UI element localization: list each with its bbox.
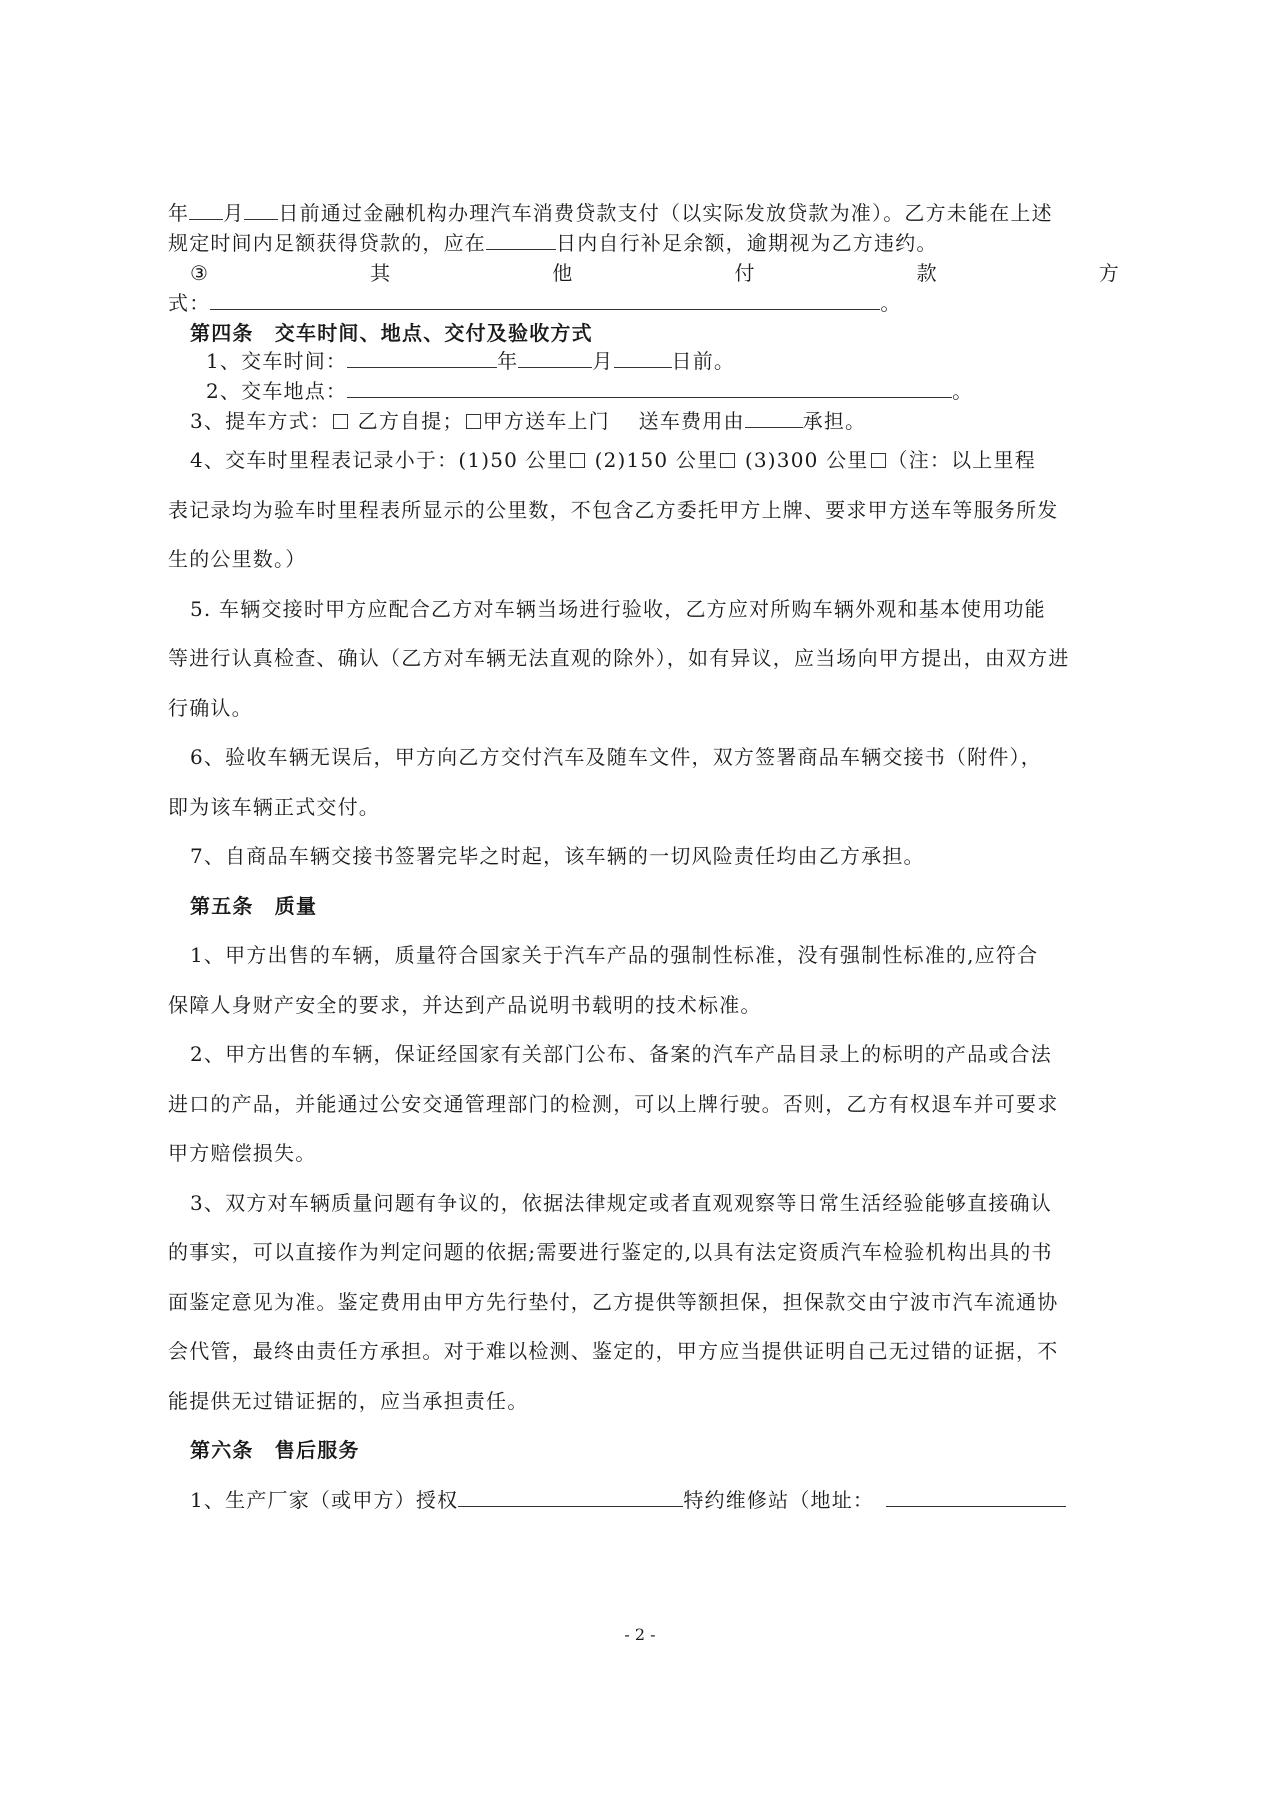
paragraph-line: 甲方赔偿损失。 <box>168 1140 1120 1166</box>
paragraph-line: 能提供无过错证据的，应当承担责任。 <box>168 1388 1120 1414</box>
paragraph-line: 进口的产品，并能通过公安交通管理部门的检测，可以上牌行驶。否则，乙方有权退车并可… <box>168 1091 1120 1117</box>
paragraph-line: 会代管，最终由责任方承担。对于难以检测、鉴定的，甲方应当提供证明自己无过错的证据… <box>168 1338 1120 1364</box>
paragraph-line: 4、交车时里程表记录小于：(1)50 公里 (2)150 公里 (3)300 公… <box>190 447 1142 473</box>
paragraph-line: 3、提车方式： 乙方自提；甲方送车上门 送车费用由承担。 <box>190 408 1142 434</box>
paragraph-line: 6、验收车辆无误后，甲方向乙方交付汽车及随车文件，双方签署商品车辆交接书（附件）… <box>190 744 1142 770</box>
text: 日前通过金融机构办理汽车消费贷款支付（以实际发放贷款为准）。乙方未能在上述 <box>278 201 1052 225</box>
fill-blank[interactable] <box>244 201 278 220</box>
paragraph-line: 年月日前通过金融机构办理汽车消费贷款支付（以实际发放贷款为准）。乙方未能在上述 <box>168 200 1120 226</box>
text: 他 <box>552 260 573 286</box>
text: 甲方送车上门 送车费用由 <box>483 409 745 433</box>
text: 特约维修站（地址： <box>683 1488 874 1512</box>
paragraph-line: 1、生产厂家（或甲方）授权特约维修站（地址： <box>190 1487 1142 1513</box>
document-page: 年月日前通过金融机构办理汽车消费贷款支付（以实际发放贷款为准）。乙方未能在上述 … <box>0 0 1280 1811</box>
text: (2)150 公里 <box>587 448 718 472</box>
text: 式： <box>168 291 210 315</box>
paragraph-line: 1、交车时间：年月日前。 <box>206 348 1158 374</box>
text: 月 <box>223 201 244 225</box>
text: 1、交车时间： <box>206 349 347 373</box>
text: 年 <box>168 201 189 225</box>
paragraph-line: 保障人身财产安全的要求，并达到产品说明书载明的技术标准。 <box>168 992 1120 1018</box>
text: 日前。 <box>672 349 736 373</box>
fill-blank[interactable] <box>614 349 672 368</box>
text: 付 <box>734 260 755 286</box>
text: 。 <box>880 291 901 315</box>
paragraph-line: 行确认。 <box>168 695 1120 721</box>
paragraph-line: 等进行认真检查、确认（乙方对车辆无法直观的除外），如有异议，应当场向甲方提出，由… <box>168 645 1120 671</box>
text: 。 <box>952 379 973 403</box>
fill-blank[interactable] <box>886 1488 1066 1507</box>
paragraph-line: 1、甲方出售的车辆，质量符合国家关于汽车产品的强制性标准，没有强制性标准的,应符… <box>190 942 1142 968</box>
text: 日内自行补足余额，逾期视为乙方违约。 <box>556 231 938 255</box>
article-6-heading: 第六条 售后服务 <box>190 1437 1142 1463</box>
text: 4、交车时里程表记录小于：(1)50 公里 <box>190 448 568 472</box>
paragraph-line: 7、自商品车辆交接书签署完毕之时起，该车辆的一切风险责任均由乙方承担。 <box>190 843 1142 869</box>
fill-blank[interactable] <box>486 231 556 250</box>
paragraph-line: 面鉴定意见为准。鉴定费用由甲方先行垫付，乙方提供等额担保，担保款交由宁波市汽车流… <box>168 1289 1120 1315</box>
article-4-heading: 第四条 交车时间、地点、交付及验收方式 <box>190 320 1094 346</box>
fill-blank[interactable] <box>458 1488 683 1507</box>
page-number: - 2 - <box>0 1625 1280 1644</box>
checkbox-self-pickup[interactable] <box>333 414 348 429</box>
text: 月 <box>592 349 613 373</box>
text: (3)300 公里 <box>737 448 868 472</box>
checkbox-delivery[interactable] <box>466 414 481 429</box>
text: 承担。 <box>803 409 867 433</box>
text: 方 <box>1099 260 1120 286</box>
text: 款 <box>917 260 938 286</box>
fill-blank[interactable] <box>347 349 415 368</box>
paragraph-line: 的事实，可以直接作为判定问题的依据;需要进行鉴定的,以具有法定资质汽车检验机构出… <box>168 1239 1120 1265</box>
paragraph-line: 式：。 <box>168 290 1120 316</box>
paragraph-line: 生的公里数。） <box>168 546 1120 572</box>
text: 其 <box>370 260 391 286</box>
text: 规定时间内足额获得贷款的，应在 <box>168 231 486 255</box>
paragraph-line: 2、交车地点：。 <box>206 378 1158 404</box>
fill-blank[interactable] <box>210 291 880 310</box>
fill-blank[interactable] <box>415 349 497 368</box>
text: 1、生产厂家（或甲方）授权 <box>190 1488 458 1512</box>
paragraph-line: 5. 车辆交接时甲方应配合乙方对车辆当场进行验收，乙方应对所购车辆外观和基本使用… <box>190 596 1142 622</box>
paragraph-line: 2、甲方出售的车辆，保证经国家有关部门公布、备案的汽车产品目录上的标明的产品或合… <box>190 1041 1142 1067</box>
fill-blank[interactable] <box>347 379 952 398</box>
paragraph-line: 表记录均为验车时里程表所显示的公里数，不包含乙方委托甲方上牌、要求甲方送车等服务… <box>168 497 1120 523</box>
fill-blank[interactable] <box>745 409 803 428</box>
paragraph-line: 即为该车辆正式交付。 <box>168 794 1120 820</box>
text: 3、提车方式： <box>190 409 331 433</box>
fill-blank[interactable] <box>189 201 223 220</box>
checkbox-150km[interactable] <box>720 453 735 468</box>
text: 2、交车地点： <box>206 379 347 403</box>
paragraph-line: ③ 其 他 付 款 方 <box>190 260 1120 286</box>
checkbox-50km[interactable] <box>570 453 585 468</box>
paragraph-line: 3、双方对车辆质量问题有争议的，依据法律规定或者直观观察等日常生活经验能够直接确… <box>190 1190 1142 1216</box>
fill-blank[interactable] <box>518 349 592 368</box>
text: （注：以上里程 <box>888 448 1036 472</box>
article-5-heading: 第五条 质量 <box>190 893 1142 919</box>
paragraph-line: 规定时间内足额获得贷款的，应在日内自行补足余额，逾期视为乙方违约。 <box>168 230 1120 256</box>
text: 乙方自提； <box>350 409 464 433</box>
text: 年 <box>497 349 518 373</box>
checkbox-300km[interactable] <box>871 453 886 468</box>
text: ③ <box>190 260 209 286</box>
